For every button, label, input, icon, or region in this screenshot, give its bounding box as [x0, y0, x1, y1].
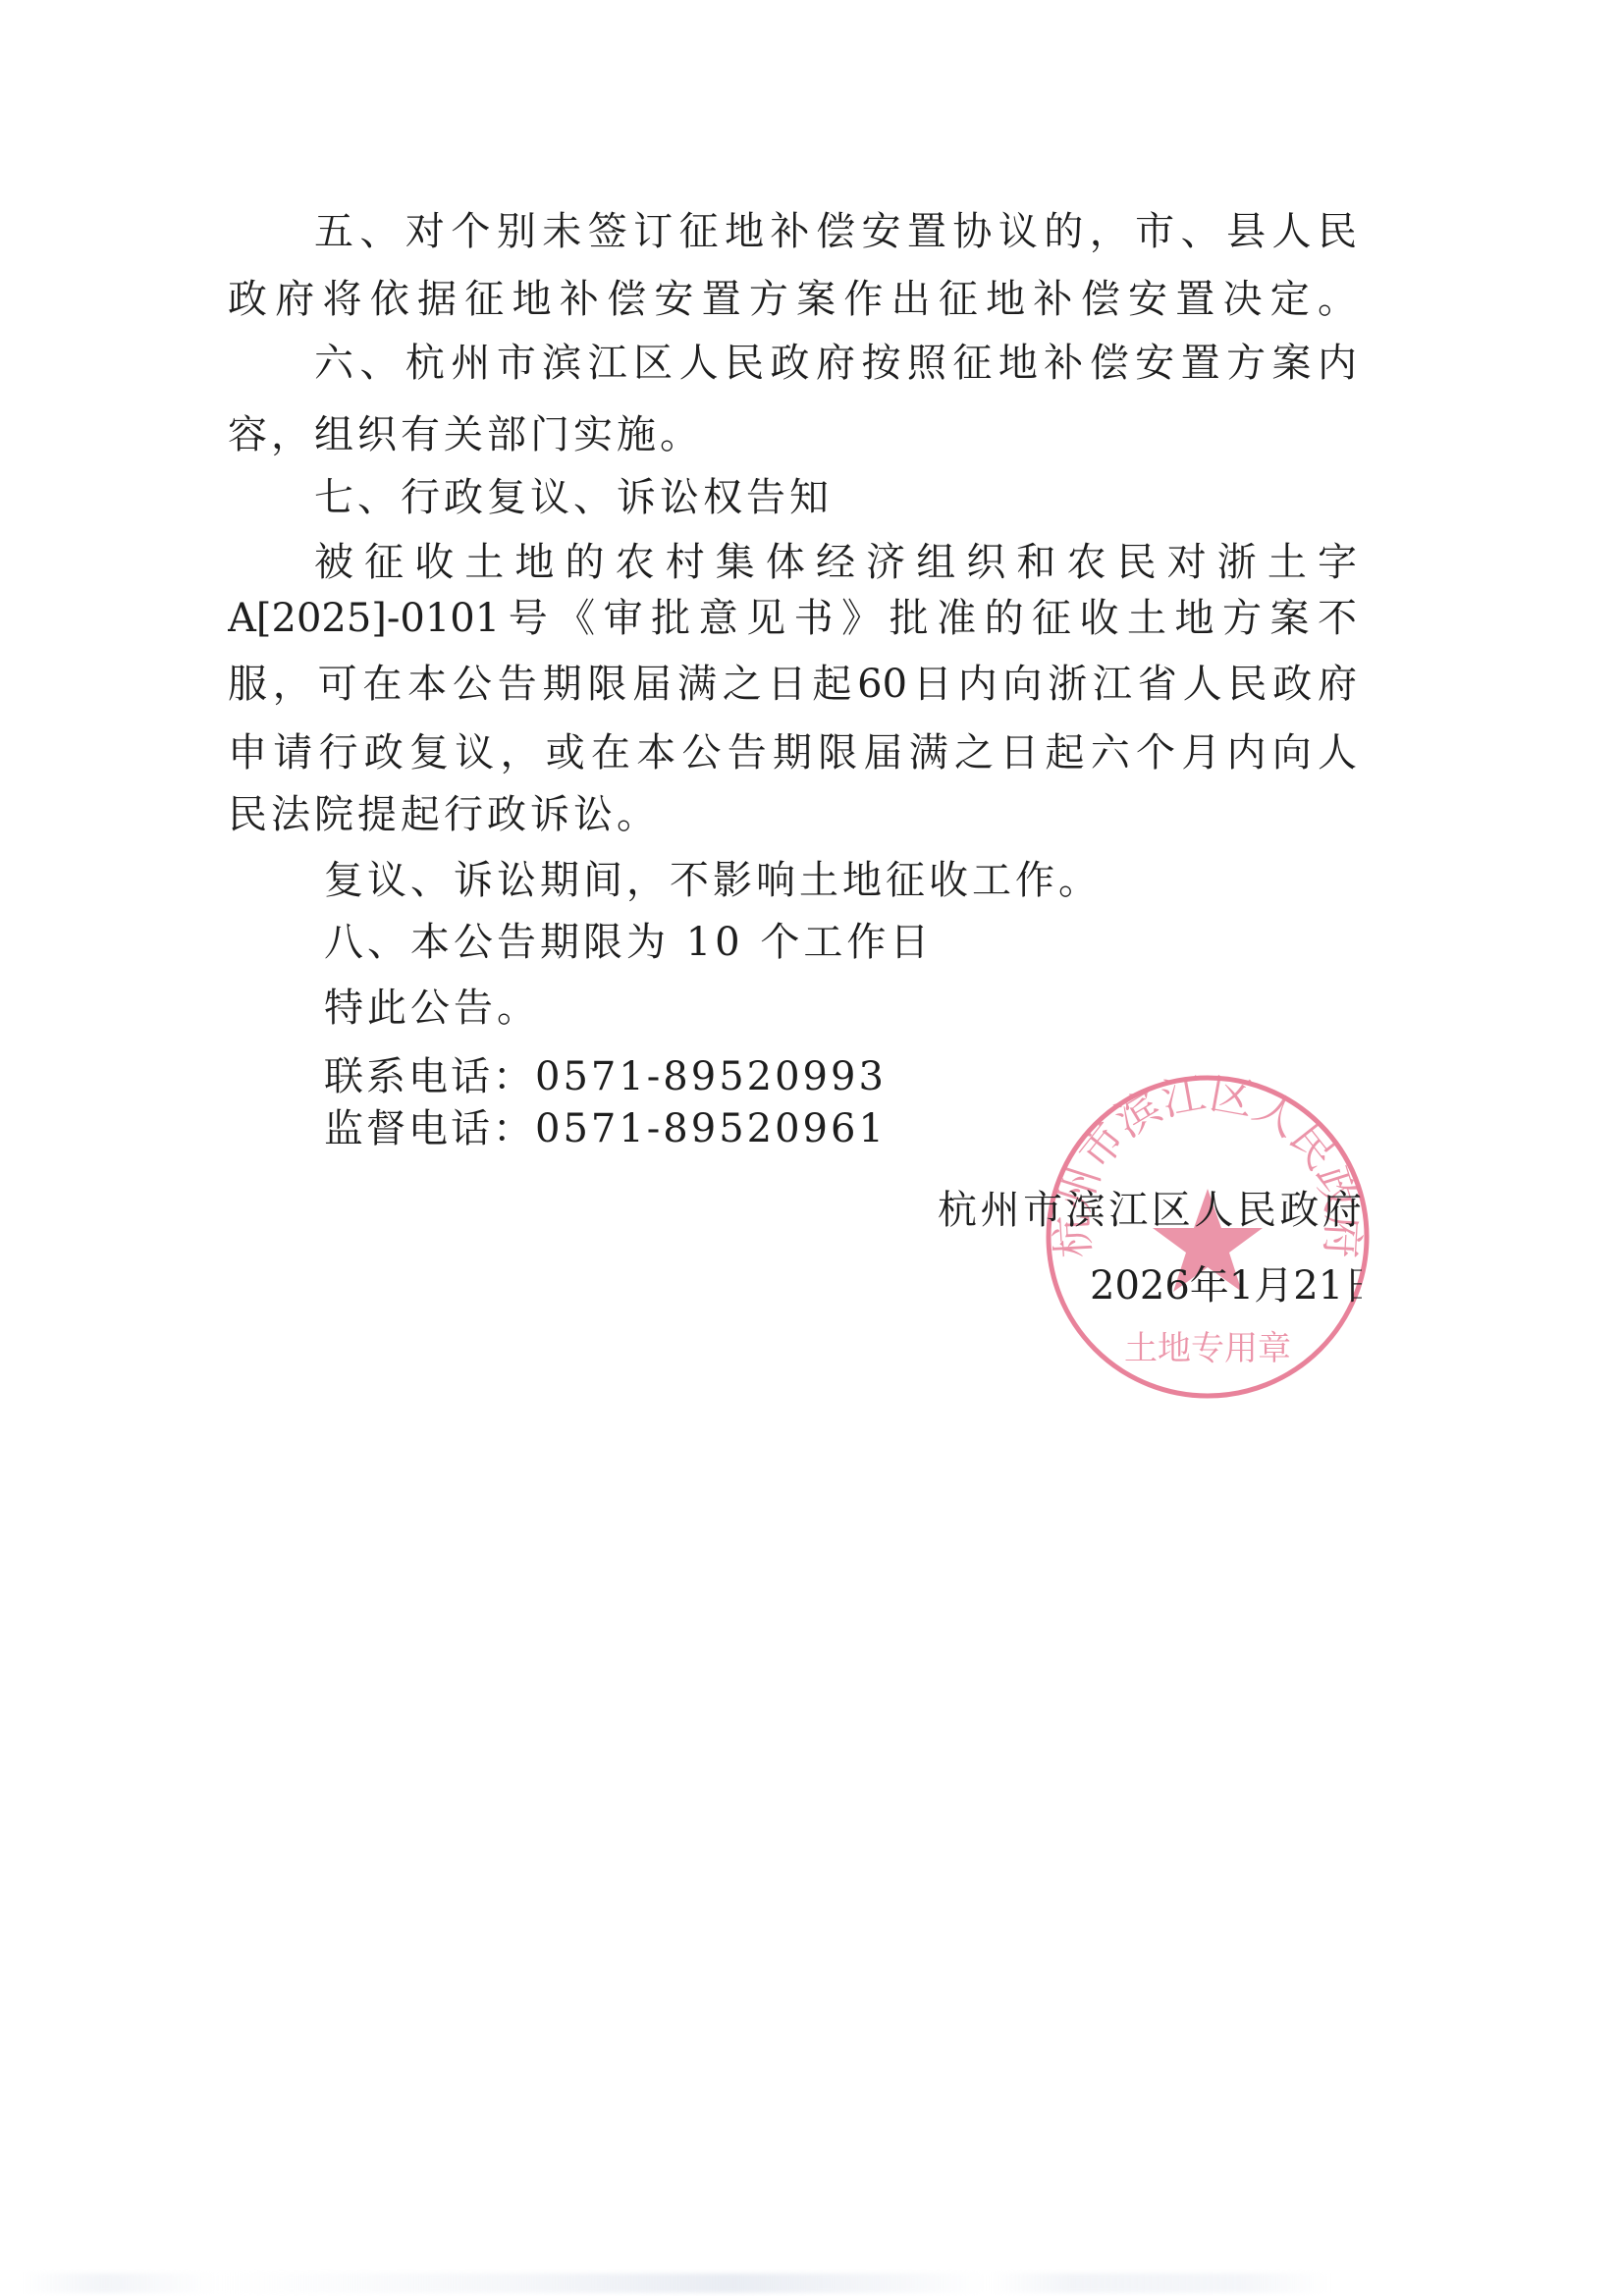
paragraph-item-7-note: 复议、诉讼期间，不影响土地征收工作。	[324, 856, 1102, 905]
paragraph-item-7-line-5: 民法院提起行政诉讼。	[228, 790, 660, 839]
official-seal-icon: 杭州市滨江区人民政府 土地专用章	[1044, 1073, 1372, 1401]
paragraph-item-5-line-2: 政府将依据征地补偿安置方案作出征地补偿安置决定。	[228, 275, 1357, 324]
paragraph-item-5-line-1: 五、对个别未签订征地补偿安置协议的，市、县人民	[314, 207, 1357, 256]
document-page: 五、对个别未签订征地补偿安置协议的，市、县人民 政府将依据征地补偿安置方案作出征…	[0, 0, 1618, 2296]
issuer-signature: 杭州市滨江区人民政府	[938, 1186, 1362, 1235]
closing-statement: 特此公告。	[324, 984, 540, 1033]
paragraph-item-7-line-3: 服，可在本公告期限届满之日起60日内向浙江省人民政府	[228, 660, 1357, 709]
contact-phone-line: 联系电话：0571-89520993	[324, 1052, 887, 1101]
paragraph-item-6-line-2: 容，组织有关部门实施。	[228, 410, 703, 459]
paragraph-item-7-line-4: 申请行政复议，或在本公告期限届满之日起六个月内向人	[228, 728, 1357, 777]
issue-date: 2026年1月21日	[1090, 1261, 1362, 1310]
section-heading-item-7: 七、行政复议、诉讼权告知	[314, 473, 833, 522]
paragraph-item-8: 八、本公告期限为 10 个工作日	[324, 918, 933, 967]
seal-bottom-text: 土地专用章	[1124, 1329, 1291, 1368]
paragraph-item-7-line-1: 被征收土地的农村集体经济组织和农民对浙土字	[314, 538, 1357, 587]
supervision-phone-line: 监督电话：0571-89520961	[324, 1104, 887, 1153]
paragraph-item-6-line-1: 六、杭州市滨江区人民政府按照征地补偿安置方案内	[314, 339, 1357, 388]
paragraph-item-7-line-2: A[2025]-0101号《审批意见书》批准的征收土地方案不	[228, 594, 1357, 643]
scan-artifact	[20, 2273, 1443, 2293]
